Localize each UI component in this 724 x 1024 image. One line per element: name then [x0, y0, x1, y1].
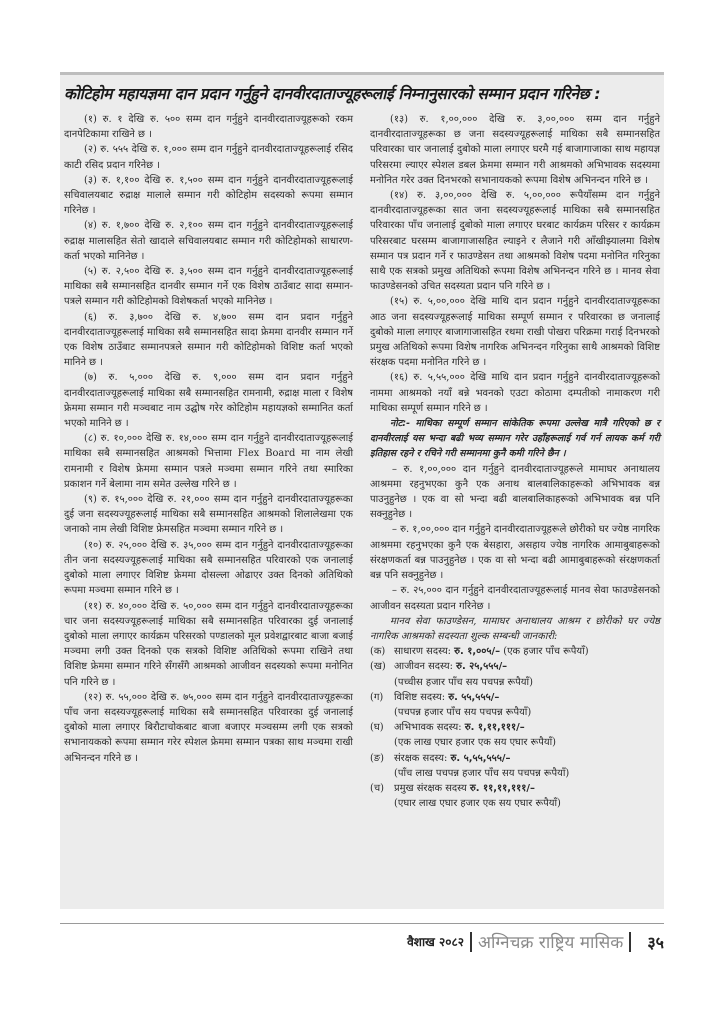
fee-label: अभिभावक सदस्य:	[394, 722, 462, 733]
page-footer: वैशाख २०८२ अग्निचक्र राष्ट्रिय मासिक ३५	[407, 930, 664, 953]
fee-label: आजीवन सदस्य:	[394, 661, 453, 672]
paragraph-9: (९) रु. १५,००० देखि रु. २१,००० सम्म दान …	[64, 492, 353, 538]
fee-key: (ग)	[370, 690, 394, 720]
paragraph-11: (११) रु. ४०,००० देखि रु. ५०,००० सम्म दान…	[64, 599, 353, 690]
fee-row: (घ) अभिभावक सदस्य: रु. १,११,१११/–(एक लाख…	[370, 720, 660, 750]
fee-label: साधारण सदस्य:	[394, 646, 451, 657]
paragraph-2: (२) रु. ५५५ देखि रु. १,००० सम्म दान गर्न…	[64, 142, 353, 172]
fee-key: (क)	[370, 644, 394, 659]
paragraph-1: (१) रु. १ देखि रु. ५०० सम्म दान गर्नुहुन…	[64, 112, 353, 142]
paragraph-8: (८) रु. १०,००० देखि रु. १४,००० सम्म दान …	[64, 431, 353, 492]
fee-amount: रु. ५,५५,५५५/–	[450, 753, 510, 764]
paragraph-16: (१६) रु. ५,५५,००० देखि माथि दान प्रदान ग…	[370, 370, 660, 416]
fee-label: विशिष्ट सदस्य:	[394, 692, 445, 703]
paragraph-3: (३) रु. १,१०० देखि रु. १,५०० सम्म दान गर…	[64, 173, 353, 219]
dash-item-1: – रु. १,००,००० दान गर्नुहुने दानवीरदाताज…	[370, 462, 660, 523]
fee-amount: रु. ११,११,१११/–	[470, 783, 535, 794]
right-column: (१३) रु. १,००,००० देखि रु. ३,००,००० सम्म…	[370, 112, 660, 811]
fee-words: (एक लाख एघार हजार एक सय एघार रूपैयाँ)	[394, 737, 556, 748]
fee-row: (च) प्रमुख संरक्षक सदस्य रु. ११,११,१११/–…	[370, 781, 660, 811]
paragraph-7: (७) रु. ५,००० देखि रु. ९,००० सम्म दान प्…	[64, 370, 353, 431]
paragraph-5: (५) रु. २,५०० देखि रु. ३,५०० सम्म दान गर…	[64, 264, 353, 310]
page-number: ३५	[647, 931, 664, 953]
paragraph-6: (६) रु. ३,७०० देखि रु. ४,७०० सम्म दान प्…	[64, 310, 353, 371]
paragraph-14: (१४) रु. ३,००,००० देखि रु. ५,००,००० रूपै…	[370, 188, 660, 294]
fee-words: (पच्चीस हजार पाँच सय पचपन्न रूपैयाँ)	[394, 677, 533, 688]
fee-words: (एक हजार पाँच रूपैयाँ)	[503, 646, 588, 657]
dash-item-2: – रु. १,००,००० दान गर्नुहुने दानवीरदाताज…	[370, 522, 660, 583]
paragraph-4: (४) रु. १,७०० देखि रु. २,१०० सम्म दान गर…	[64, 218, 353, 264]
fee-amount: रु. १,००५/–	[454, 646, 500, 657]
fee-key: (ख)	[370, 659, 394, 689]
bottom-rule	[60, 923, 664, 924]
divider	[470, 932, 472, 952]
fee-words: (पाँच लाख पचपन्न हजार पाँच सय पचपन्न रूप…	[394, 768, 569, 779]
paragraph-10: (१०) रु. २५,००० देखि रु. ३५,००० सम्म दान…	[64, 538, 353, 599]
fee-amount: रु. १,११,१११/–	[465, 722, 525, 733]
membership-info-heading: मानव सेवा फाउण्डेसन, मामाघर अनाथालय आश्र…	[370, 614, 660, 644]
dash-item-3: – रु. २५,००० दान गर्नुहुने दानवीरदाताज्य…	[370, 583, 660, 613]
page-title: कोटिहोम महायज्ञमा दान प्रदान गर्नुहुने द…	[64, 82, 664, 104]
left-column: (१) रु. १ देखि रु. ५०० सम्म दान गर्नुहुन…	[64, 112, 353, 766]
divider	[629, 932, 631, 952]
magazine-name: अग्निचक्र राष्ट्रिय मासिक	[478, 930, 623, 953]
fee-words: (पचपन्न हजार पाँच सय पचपन्न रूपैयाँ)	[394, 707, 531, 718]
fee-amount: रु. ५५,५५५/–	[448, 692, 499, 703]
fee-row: (ग) विशिष्ट सदस्य: रु. ५५,५५५/–(पचपन्न ह…	[370, 690, 660, 720]
fee-words: (एघार लाख एघार हजार एक सय एघार रूपैयाँ)	[394, 798, 561, 809]
fee-key: (घ)	[370, 720, 394, 750]
paragraph-15: (१५) रु. ५,००,००० देखि माथि दान प्रदान ग…	[370, 294, 660, 370]
paragraph-12: (१२) रु. ५५,००० देखि रु. ७५,००० सम्म दान…	[64, 690, 353, 766]
issue-date: वैशाख २०८२	[407, 933, 464, 950]
note: नोट:- माथिका सम्पूर्ण सम्मान सांकेतिक रू…	[370, 416, 660, 462]
paragraph-13: (१३) रु. १,००,००० देखि रु. ३,००,००० सम्म…	[370, 112, 660, 188]
fee-row: (ङ) संरक्षक सदस्य: रु. ५,५५,५५५/–(पाँच ल…	[370, 751, 660, 781]
fee-row: (क) साधारण सदस्य: रु. १,००५/– (एक हजार प…	[370, 644, 660, 659]
fee-key: (च)	[370, 781, 394, 811]
fee-key: (ङ)	[370, 751, 394, 781]
fee-amount: रु. २५,५५५/–	[456, 661, 507, 672]
fee-row: (ख) आजीवन सदस्य: रु. २५,५५५/–(पच्चीस हजा…	[370, 659, 660, 689]
fee-label: संरक्षक सदस्य:	[394, 753, 447, 764]
fee-label: प्रमुख संरक्षक सदस्य	[394, 783, 467, 794]
